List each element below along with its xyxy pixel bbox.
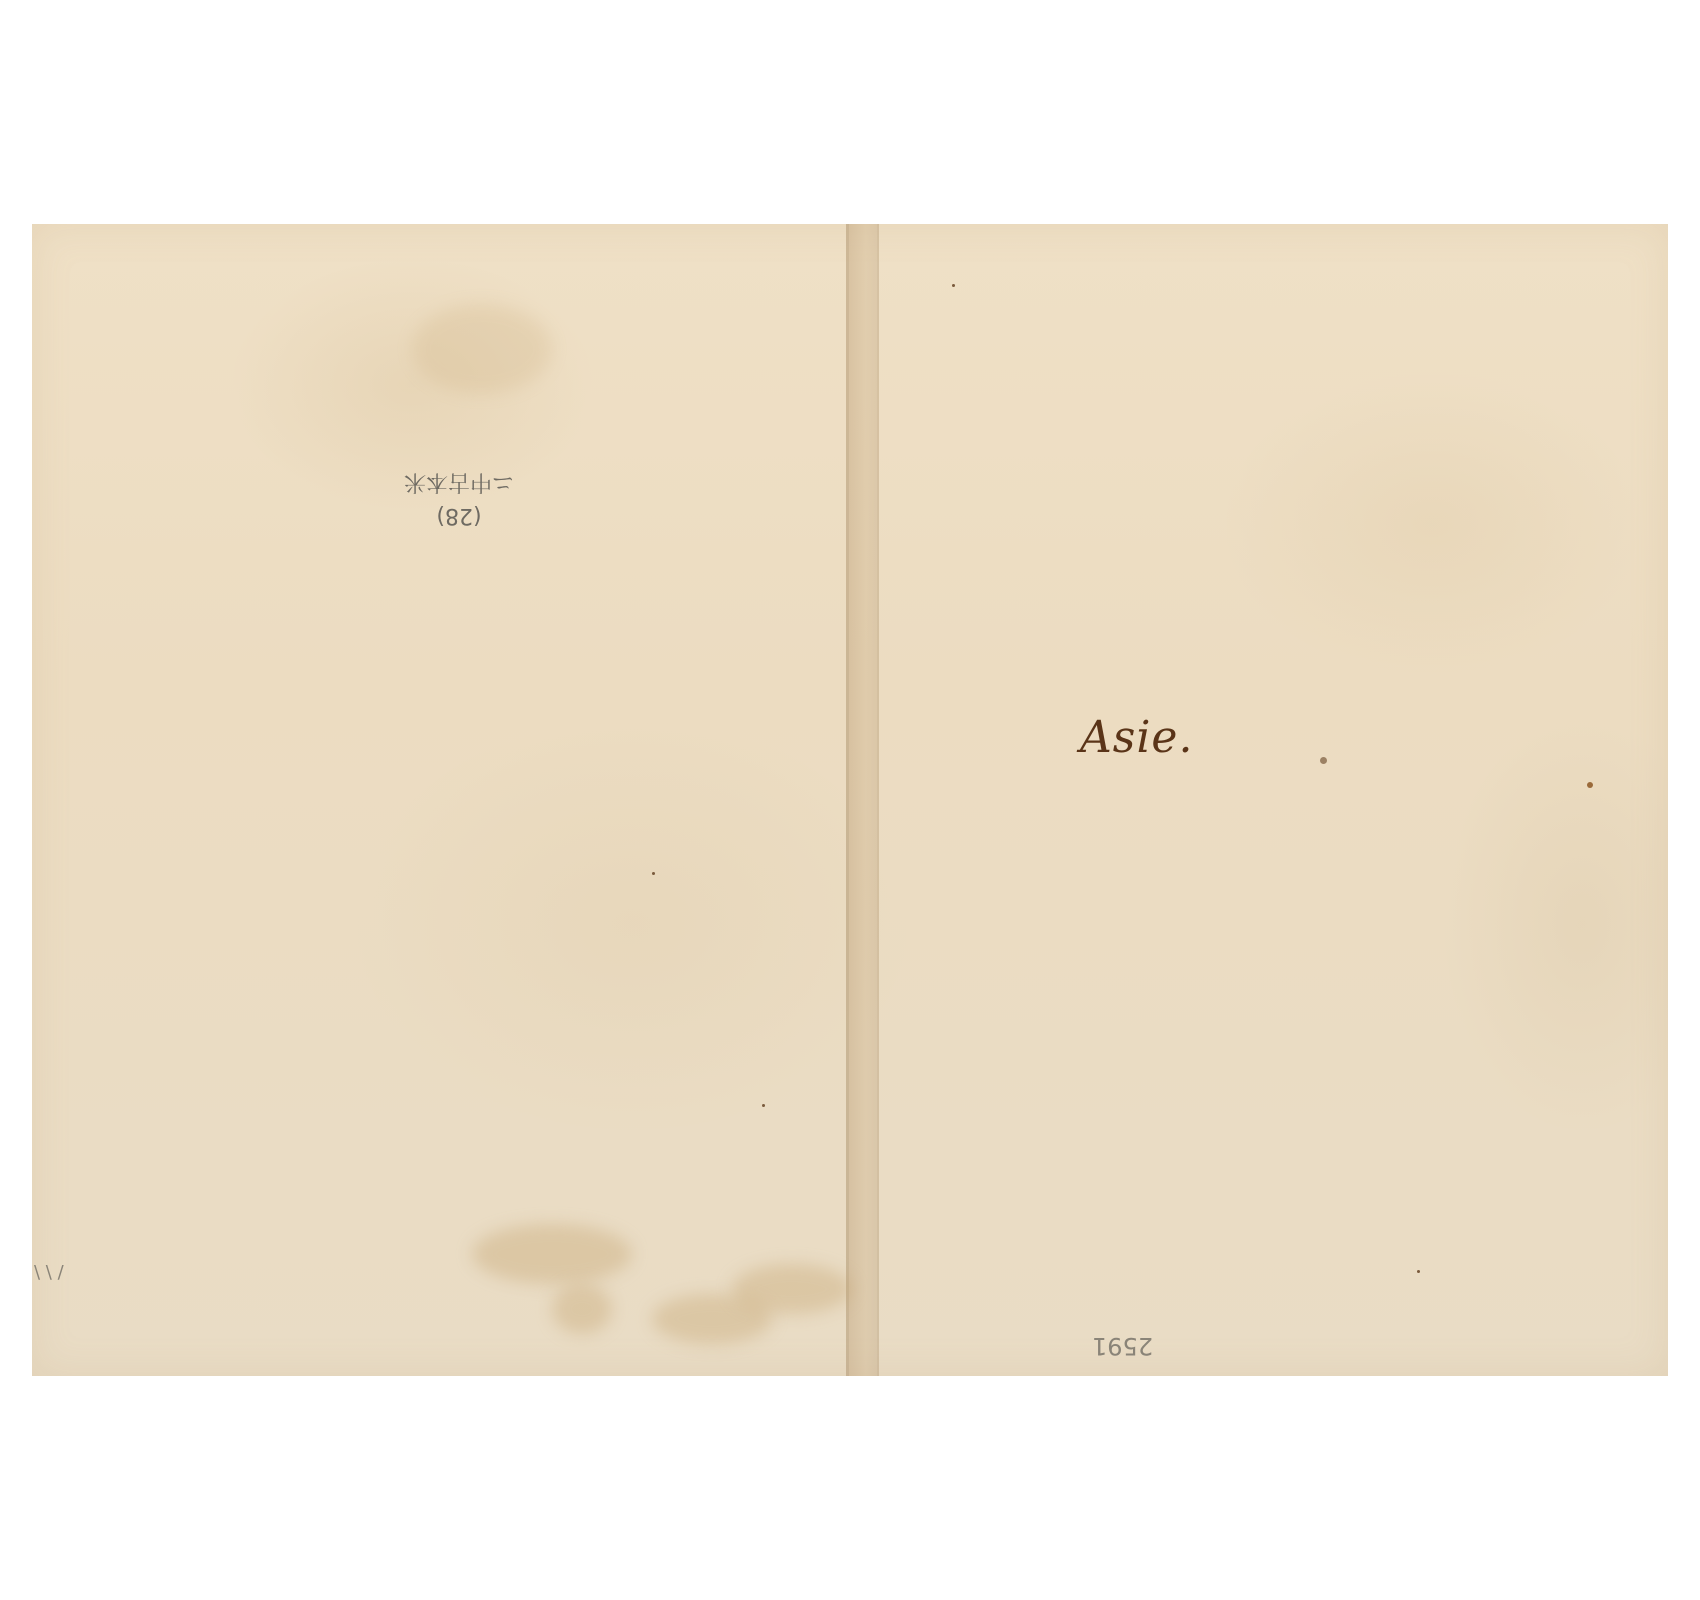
pencil-annotation-text: ニ中古本米: [404, 464, 514, 498]
pencil-inventory-number: 2591: [1092, 1332, 1153, 1360]
paper-speck: [1417, 1270, 1420, 1273]
water-stain: [552, 1284, 612, 1334]
paper-sheet: Asie. (28) ニ中古本米 2591 \ \ /: [32, 224, 1668, 1376]
paper-speck: [952, 284, 955, 287]
paper-speck: [1320, 757, 1327, 764]
center-fold-tape: [849, 224, 877, 1376]
water-stain: [472, 1224, 632, 1284]
pencil-annotation: (28) ニ中古本米: [404, 464, 514, 532]
handwritten-title: Asie.: [1080, 712, 1193, 763]
water-stain: [412, 304, 552, 394]
edge-pencil-marks: \ \ /: [34, 1260, 64, 1286]
fold-crease-line-right: [877, 224, 879, 1376]
paper-speck: [652, 872, 655, 875]
paper-speck: [1587, 782, 1593, 788]
paper-speck: [762, 1104, 765, 1107]
pencil-annotation-number: (28): [404, 498, 514, 532]
water-stain: [732, 1264, 852, 1314]
